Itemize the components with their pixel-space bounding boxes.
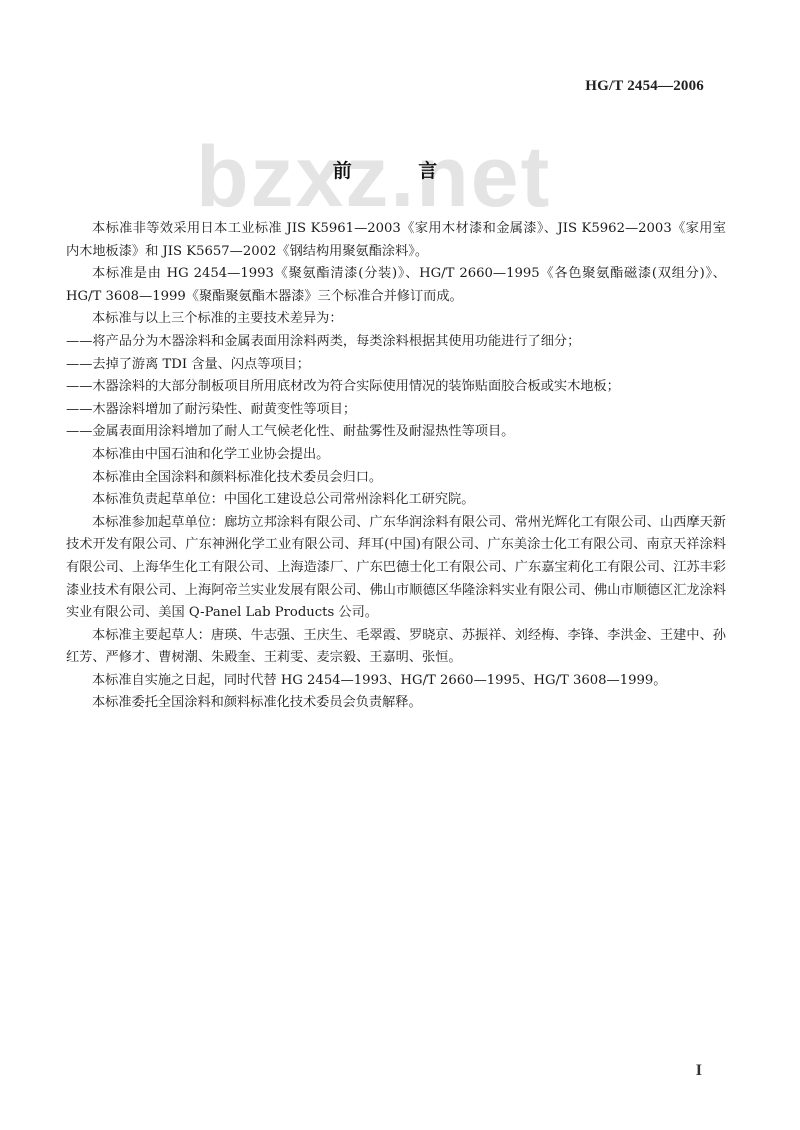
difference-item: ——木器涂料的大部分制板项目所用底材改为符合实际使用情况的装饰贴面胶合板或实木地… (66, 376, 726, 399)
paragraph-merger: 本标准是由 HG 2454—1993《聚氨酯清漆(分装)》、HG/T 2660—… (66, 263, 726, 308)
paragraph-interpretation: 本标准委托全国涂料和颜料标准化技术委员会负责解释。 (66, 692, 726, 715)
paragraph-adoption: 本标准非等效采用日本工业标准 JIS K5961—2003《家用木材漆和金属漆》… (66, 218, 726, 263)
difference-item: ——将产品分为木器涂料和金属表面用涂料两类，每类涂料根据其使用功能进行了细分； (66, 331, 726, 354)
page-title: 前 言 (0, 156, 800, 183)
difference-item: ——金属表面用涂料增加了耐人工气候老化性、耐盐雾性及耐湿热性等项目。 (66, 421, 726, 444)
paragraph-differences-intro: 本标准与以上三个标准的主要技术差异为： (66, 308, 726, 331)
paragraph-participating-drafters: 本标准参加起草单位：廊坊立邦涂料有限公司、广东华润涂料有限公司、常州光辉化工有限… (66, 512, 726, 625)
standard-code: HG/T 2454—2006 (585, 78, 704, 95)
paragraph-replacement: 本标准自实施之日起，同时代替 HG 2454—1993、HG/T 2660—19… (66, 670, 726, 693)
difference-item: ——木器涂料增加了耐污染性、耐黄变性等项目； (66, 399, 726, 422)
paragraph-proposer: 本标准由中国石油和化学工业协会提出。 (66, 444, 726, 467)
page-number: I (696, 1062, 702, 1080)
paragraph-main-drafters: 本标准主要起草人：唐瑛、牛志强、王庆生、毛翠霞、罗晓京、苏振祥、刘经梅、李锋、李… (66, 625, 726, 670)
paragraph-lead-drafter: 本标准负责起草单位：中国化工建设总公司常州涂料化工研究院。 (66, 489, 726, 512)
document-body: 本标准非等效采用日本工业标准 JIS K5961—2003《家用木材漆和金属漆》… (66, 218, 726, 715)
difference-item: ——去掉了游离 TDI 含量、闪点等项目； (66, 354, 726, 377)
paragraph-administrator: 本标准由全国涂料和颜料标准化技术委员会归口。 (66, 467, 726, 490)
